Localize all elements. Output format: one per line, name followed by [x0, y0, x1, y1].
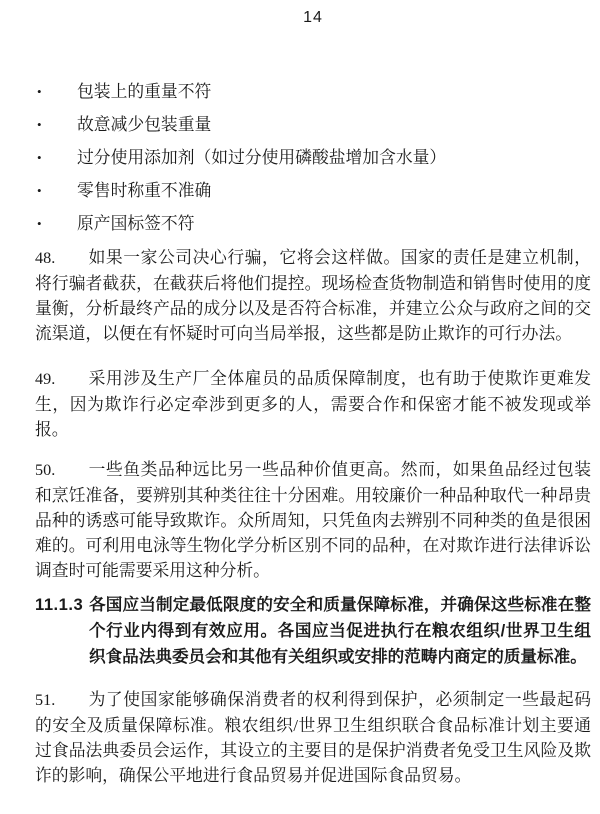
list-item: • 包装上的重量不符 — [35, 78, 591, 111]
bullet-text: 过分使用添加剂（如过分使用磷酸盐增加含水量） — [77, 146, 446, 177]
bullet-icon: • — [35, 146, 77, 177]
bullet-text: 包装上的重量不符 — [77, 80, 211, 111]
bullet-text: 原产国标签不符 — [77, 212, 194, 243]
paragraph-51: 51.为了使国家能够确保消费者的权利得到保护，必须制定一些最起码的安全及质量保障… — [35, 687, 591, 788]
list-item: • 过分使用添加剂（如过分使用磷酸盐增加含水量） — [35, 144, 591, 177]
paragraph-text: 采用涉及生产厂全体雇员的品质保障制度，也有助于使欺诈更难发生，因为欺诈行必定牵涉… — [35, 369, 591, 439]
paragraph-text: 为了使国家能够确保消费者的权利得到保护，必须制定一些最起码的安全及质量保障标准。… — [35, 690, 591, 785]
paragraph-text: 一些鱼类品种远比另一些品种价值更高。然而，如果鱼品经过包装和烹饪准备，要辨别其种… — [35, 460, 591, 580]
bullet-text: 零售时称重不准确 — [77, 179, 211, 210]
paragraph-50: 50.一些鱼类品种远比另一些品种价值更高。然而，如果鱼品经过包装和烹饪准备，要辨… — [35, 457, 591, 583]
bullet-icon: • — [35, 80, 77, 111]
bullet-icon: • — [35, 179, 77, 210]
section-heading-text: 各国应当制定最低限度的安全和质量保障标准，并确保这些标准在整个行业内得到有效应用… — [89, 595, 591, 666]
bullet-list: • 包装上的重量不符 • 故意减少包装重量 • 过分使用添加剂（如过分使用磷酸盐… — [35, 78, 591, 243]
section-heading-11-1-3: 11.1.3各国应当制定最低限度的安全和质量保障标准，并确保这些标准在整个行业内… — [35, 592, 591, 670]
bullet-icon: • — [35, 113, 77, 144]
paragraph-number: 49. — [35, 367, 88, 392]
list-item: • 原产国标签不符 — [35, 210, 591, 243]
list-item: • 故意减少包装重量 — [35, 111, 591, 144]
list-item: • 零售时称重不准确 — [35, 177, 591, 210]
paragraph-48: 48.如果一家公司决心行骗，它将会这样做。国家的责任是建立机制，将行骗者截获，在… — [35, 245, 591, 346]
paragraph-text: 如果一家公司决心行骗，它将会这样做。国家的责任是建立机制，将行骗者截获，在截获后… — [35, 248, 591, 343]
paragraph-number: 50. — [35, 458, 88, 483]
bullet-text: 故意减少包装重量 — [77, 113, 211, 144]
document-page: 14 • 包装上的重量不符 • 故意减少包装重量 • 过分使用添加剂（如过分使用… — [0, 0, 600, 814]
paragraph-number: 48. — [35, 246, 88, 271]
paragraph-number: 51. — [35, 688, 88, 713]
section-heading-number: 11.1.3 — [35, 592, 83, 618]
page-number: 14 — [35, 8, 591, 28]
paragraph-49: 49.采用涉及生产厂全体雇员的品质保障制度，也有助于使欺诈更难发生，因为欺诈行必… — [35, 366, 591, 442]
bullet-icon: • — [35, 212, 77, 243]
